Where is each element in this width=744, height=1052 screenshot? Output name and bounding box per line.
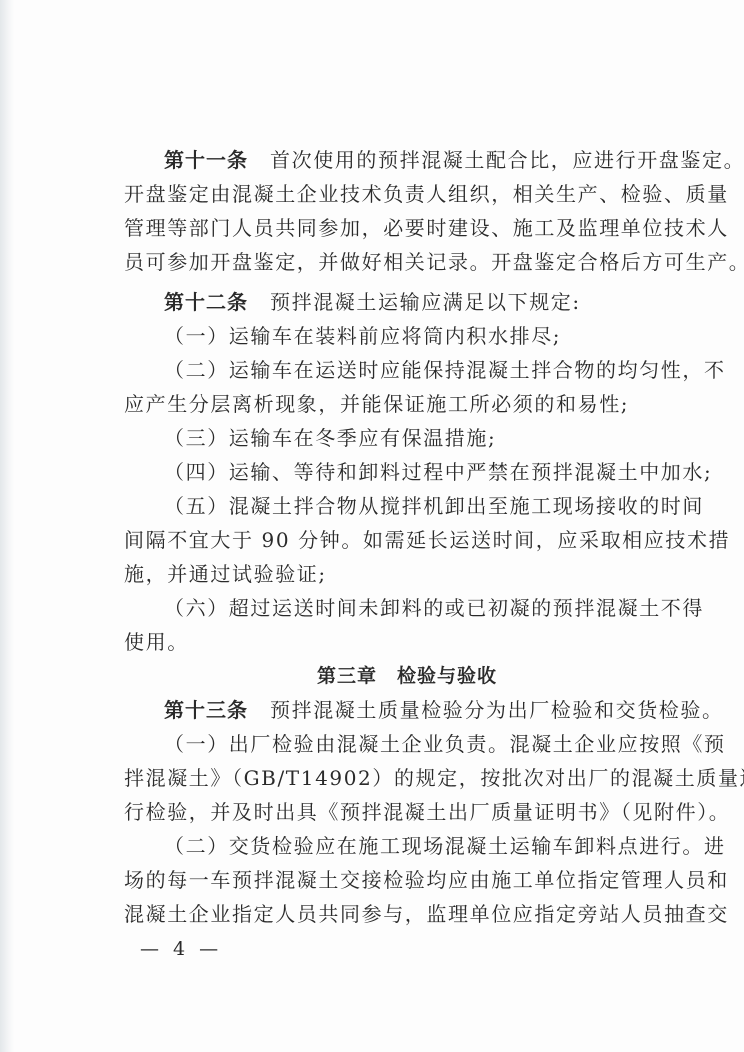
chapter-heading: 第三章 检验与验收 <box>124 659 690 693</box>
article-12-item-5: （五）混凝土拌合物从搅拌机卸出至施工现场接收的时间 <box>124 489 690 523</box>
article-13-intro: 预拌混凝土质量检验分为出厂检验和交货检验。 <box>270 698 724 722</box>
article-12-item-6: （六）超过运送时间未卸料的或已初凝的预拌混凝土不得 <box>124 591 690 625</box>
article-11-first-line: 第十一条首次使用的预拌混凝土配合比，应进行开盘鉴定。 <box>124 143 690 177</box>
article-11-line: 员可参加开盘鉴定，并做好相关记录。开盘鉴定合格后方可生产。 <box>124 245 690 279</box>
article-12-item-3: （三）运输车在冬季应有保温措施; <box>124 421 690 455</box>
article-13-item-2-cont: 混凝土企业指定人员共同参与，监理单位应指定旁站人员抽查交 <box>124 897 690 931</box>
article-11-line: 管理等部门人员共同参加，必要时建设、施工及监理单位技术人 <box>124 211 690 245</box>
article-12-item-5-cont: 间隔不宜大于 90 分钟。如需延长运送时间，应采取相应技术措 <box>124 523 690 557</box>
article-12-item-6-cont: 使用。 <box>124 625 690 659</box>
article-13-item-1: （一）出厂检验由混凝土企业负责。混凝土企业应按照《预 <box>124 727 690 761</box>
article-12-item-2: （二）运输车在运送时应能保持混凝土拌合物的均匀性，不 <box>124 353 690 387</box>
article-12-first-line: 第十二条预拌混凝土运输应满足以下规定: <box>124 285 690 319</box>
article-13-item-1-cont: 拌混凝土》（GB/T14902）的规定，按批次对出厂的混凝土质量进 <box>124 761 690 795</box>
article-12-item-4: （四）运输、等待和卸料过程中严禁在预拌混凝土中加水; <box>124 455 690 489</box>
article-12-item-1: （一）运输车在装料前应将筒内积水排尽; <box>124 319 690 353</box>
scan-edge-shadow <box>0 0 14 1052</box>
article-11-line: 开盘鉴定由混凝土企业技术负责人组织，相关生产、检验、质量 <box>124 177 690 211</box>
article-12-intro: 预拌混凝土运输应满足以下规定: <box>270 290 581 314</box>
article-12-title: 第十二条 <box>164 290 248 314</box>
page-number: — 4 — <box>140 938 222 960</box>
article-13-title: 第十三条 <box>164 698 248 722</box>
article-13-item-1-cont: 行检验，并及时出具《预拌混凝土出厂质量证明书》（见附件）。 <box>124 795 690 829</box>
article-11-text: 首次使用的预拌混凝土配合比，应进行开盘鉴定。 <box>270 148 744 172</box>
article-13-first-line: 第十三条预拌混凝土质量检验分为出厂检验和交货检验。 <box>124 693 690 727</box>
document-page: 第十一条首次使用的预拌混凝土配合比，应进行开盘鉴定。 开盘鉴定由混凝土企业技术负… <box>124 143 690 931</box>
article-13-item-2: （二）交货检验应在施工现场混凝土运输车卸料点进行。进 <box>124 829 690 863</box>
article-13-item-2-cont: 场的每一车预拌混凝土交接检验均应由施工单位指定管理人员和 <box>124 863 690 897</box>
article-11-title: 第十一条 <box>164 148 248 172</box>
article-12-item-2-cont: 应产生分层离析现象，并能保证施工所必须的和易性; <box>124 387 690 421</box>
article-12-item-5-cont: 施，并通过试验验证; <box>124 557 690 591</box>
